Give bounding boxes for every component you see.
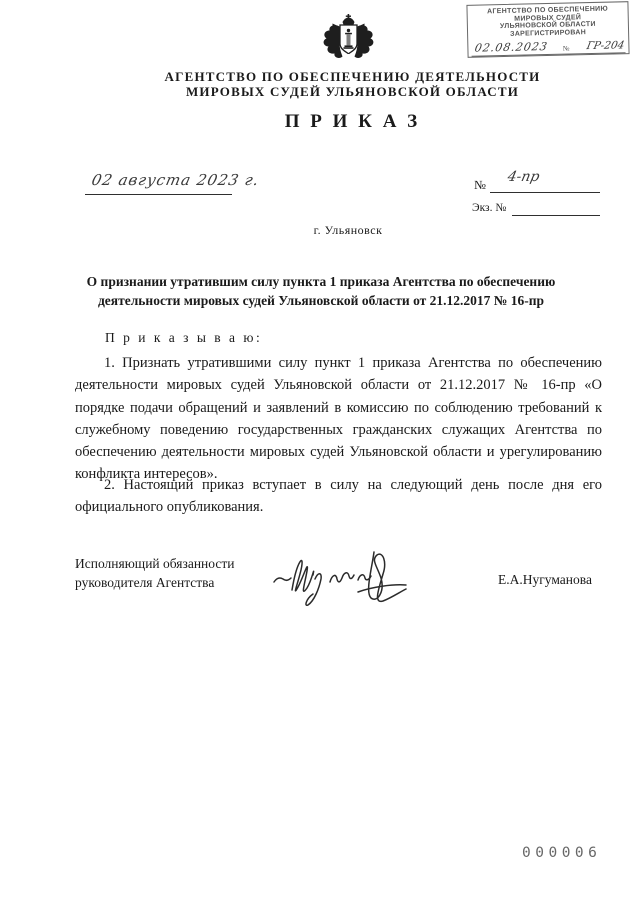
- org-name-line2: МИРОВЫХ СУДЕЙ УЛЬЯНОВСКОЙ ОБЛАСТИ: [100, 85, 605, 100]
- document-type-title: П Р И К А З: [100, 111, 605, 133]
- order-word: П р и к а з ы в а ю:: [105, 330, 262, 346]
- copy-number-label: Экз. №: [472, 202, 506, 214]
- document-page: { "registration_stamp": { "lines": [ "АГ…: [0, 0, 640, 906]
- signatory-name: Е.А.Нугуманова: [498, 572, 592, 588]
- date-handwritten: 02 августа 2023 г.: [90, 171, 261, 189]
- signatory-position: Исполняющий обязанности руководителя Аге…: [75, 554, 234, 592]
- registration-stamp-number-label: №: [563, 45, 570, 53]
- copy-number-blank-line: [512, 198, 600, 216]
- registration-stamp-number-handwritten: ГР-204: [586, 40, 626, 53]
- registration-stamp-fill-in-row: 02.08.2023 № ГР-204: [471, 37, 625, 57]
- signatory-position-line2: руководителя Агентства: [75, 573, 234, 592]
- number-handwritten: 4-пр: [506, 169, 541, 185]
- paragraph-2: 2. Настоящий приказ вступает в силу на с…: [75, 474, 602, 519]
- page-stamp-number: 000006: [522, 845, 601, 861]
- signatory-position-line1: Исполняющий обязанности: [75, 554, 234, 573]
- paragraph-1: 1. Признать утратившими силу пункт 1 при…: [75, 352, 602, 486]
- coat-of-arms-icon: [320, 14, 377, 69]
- org-name-block: АГЕНТСТВО ПО ОБЕСПЕЧЕНИЮ ДЕЯТЕЛЬНОСТИ МИ…: [100, 70, 605, 99]
- org-name-line1: АГЕНТСТВО ПО ОБЕСПЕЧЕНИЮ ДЕЯТЕЛЬНОСТИ: [100, 70, 605, 85]
- handwritten-signature-icon: [270, 540, 410, 611]
- order-subject: О признании утратившим силу пункта 1 при…: [56, 273, 586, 310]
- city-line: г. Ульяновск: [98, 223, 598, 238]
- number-label: №: [474, 178, 486, 193]
- registration-stamp: АГЕНТСТВО ПО ОБЕСПЕЧЕНИЮ МИРОВЫХ СУДЕЙ У…: [466, 1, 629, 58]
- registration-stamp-date-handwritten: 02.08.2023: [474, 40, 549, 55]
